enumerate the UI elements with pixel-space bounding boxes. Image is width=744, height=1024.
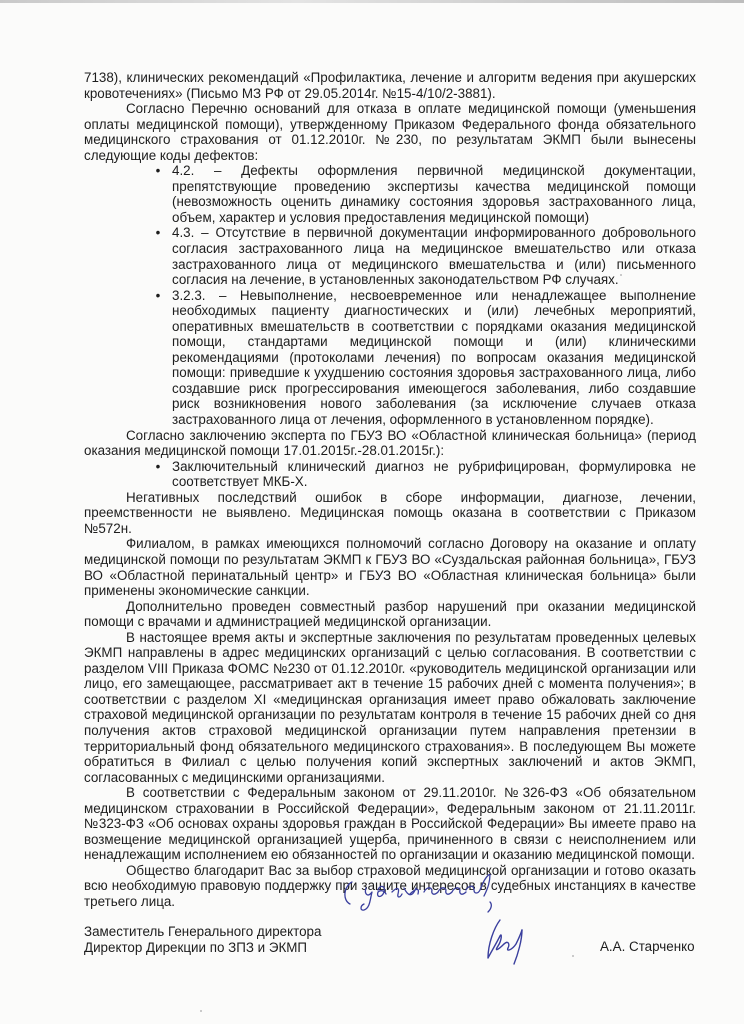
paragraph-references: 7138), клинических рекомендаций «Профила…	[84, 70, 696, 101]
signatory-title-line-1: Заместитель Генерального директора	[84, 924, 321, 940]
paragraph-federal-law-rights: В соответствии с Федеральным законом от …	[84, 785, 696, 863]
scan-top-edge	[0, 0, 744, 3]
paragraph-no-negative-consequences: Негативных последствий ошибок в сборе ин…	[84, 490, 696, 537]
scan-speck	[200, 1010, 202, 1012]
defect-text: 3.2.3. – Невыполнение, несвоевременное и…	[172, 288, 696, 427]
defect-item-4-3: • 4.3. – Отсутствие в первичной документ…	[172, 225, 696, 287]
bullet-icon: •	[152, 163, 164, 179]
letter-body: 7138), клинических рекомендаций «Профила…	[84, 70, 696, 910]
defect-codes-list: • 4.2. – Дефекты оформления первичной ме…	[84, 163, 696, 427]
paragraph-defect-list-intro: Согласно Перечню оснований для отказа в …	[84, 101, 696, 163]
scan-speck	[620, 274, 622, 276]
bullet-icon: •	[152, 459, 164, 475]
signature-mark	[480, 914, 540, 966]
defect-text: 4.3. – Отсутствие в первичной документац…	[172, 225, 696, 287]
paragraph-joint-review: Дополнительно проведен совместный разбор…	[84, 599, 696, 630]
bullet-icon: •	[152, 225, 164, 241]
defect-text: 4.2. – Дефекты оформления первичной меди…	[172, 163, 696, 225]
bullet-icon: •	[152, 288, 164, 304]
paragraph-acts-and-appeals: В настоящее время акты и экспертные закл…	[84, 630, 696, 785]
expert-finding-item: • Заключительный клинический диагноз не …	[172, 459, 696, 490]
scan-speck	[572, 955, 574, 957]
defect-item-3-2-3: • 3.2.3. – Невыполнение, несвоевременное…	[172, 288, 696, 428]
signatory-name: А.А. Старченко	[600, 939, 695, 954]
defect-item-4-2: • 4.2. – Дефекты оформления первичной ме…	[172, 163, 696, 225]
handwritten-closing: С уважением,	[340, 874, 540, 914]
finding-text: Заключительный клинический диагноз не ру…	[172, 459, 696, 490]
scan-speck	[470, 76, 472, 78]
signatory-title: Заместитель Генерального директора Дирек…	[84, 924, 321, 955]
paragraph-economic-sanctions: Филиалом, в рамках имеющихся полномочий …	[84, 536, 696, 598]
paragraph-expert-conclusion: Согласно заключению эксперта по ГБУЗ ВО …	[84, 428, 696, 459]
signatory-title-line-2: Директор Дирекции по ЗПЗ и ЭКМП	[84, 940, 321, 956]
expert-findings-list: • Заключительный клинический диагноз не …	[84, 459, 696, 490]
